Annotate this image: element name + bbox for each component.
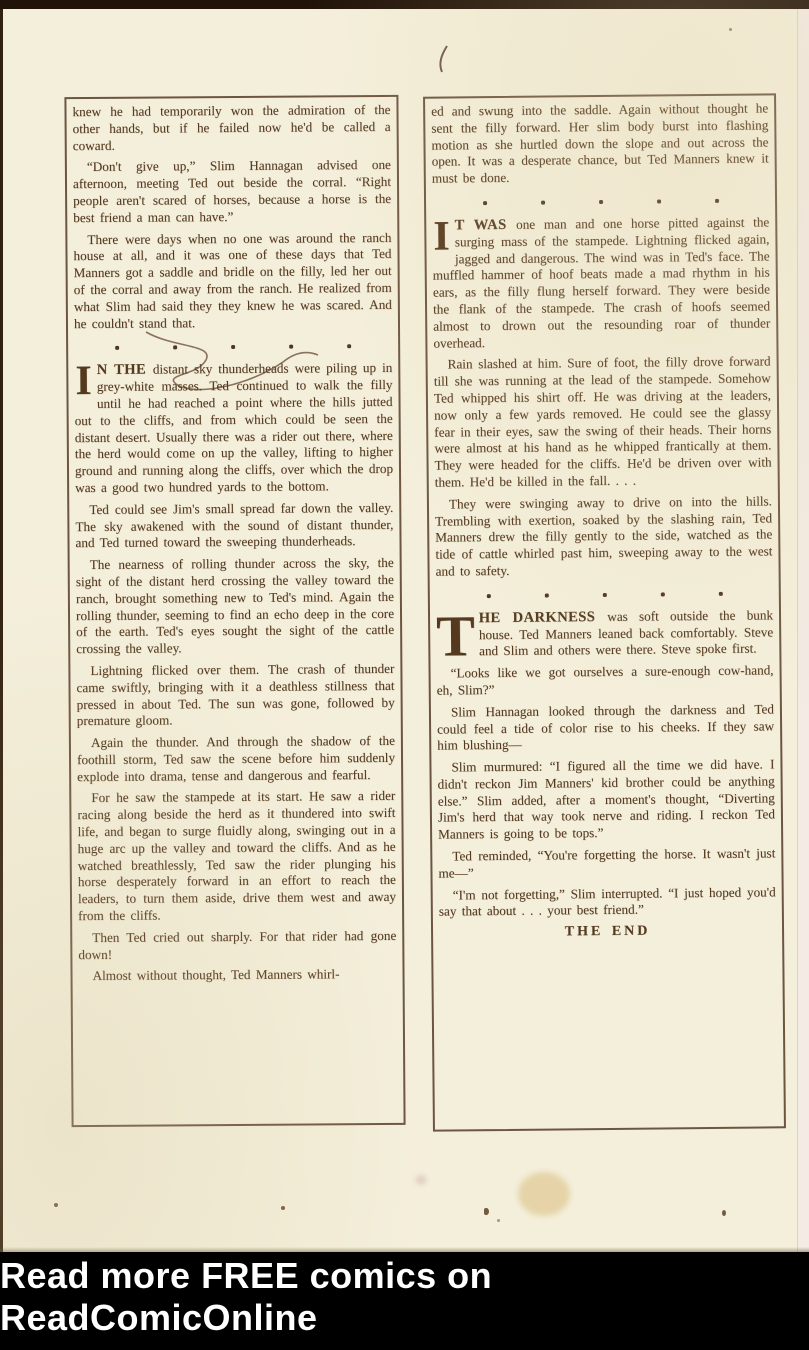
separator-dot xyxy=(715,199,719,203)
section-separator-dots xyxy=(74,344,392,350)
dropcap-paragraph: IN THE distant sky thunderheads were pil… xyxy=(74,360,393,497)
dropcap-lead-words: N THE xyxy=(97,362,153,378)
left-text-column: knew he had temporarily won the admirati… xyxy=(64,95,405,1127)
the-end-label: THE END xyxy=(439,923,776,943)
ink-speck xyxy=(281,1206,285,1210)
dropcap-lead-words: T WAS xyxy=(455,217,517,234)
paragraph: Ted reminded, “You're forgetting the hor… xyxy=(438,845,775,882)
promo-banner[interactable]: Read more FREE comics on ReadComicOnline xyxy=(0,1252,809,1350)
drop-cap-letter: I xyxy=(433,219,450,253)
paragraph: Rain slashed at him. Sure of foot, the f… xyxy=(434,354,772,492)
ink-speck xyxy=(54,1203,58,1207)
section-separator-dots xyxy=(432,198,769,205)
ink-speck xyxy=(729,28,732,31)
comic-reader-page: knew he had temporarily won the admirati… xyxy=(0,0,809,1350)
paragraph: Slim murmured: “I figured all the time w… xyxy=(437,756,775,843)
right-text-column: ed and swung into the saddle. Again with… xyxy=(423,93,786,1131)
ink-speck xyxy=(497,1219,500,1222)
dropcap-paragraph: THE DARKNESS was soft outside the bunk h… xyxy=(436,607,773,661)
separator-dot xyxy=(541,201,545,205)
separator-dot xyxy=(115,346,119,350)
separator-dot xyxy=(660,592,664,596)
drop-cap-letter: I xyxy=(75,364,92,398)
paragraph: For he saw the stampede at its start. He… xyxy=(77,788,396,925)
paragraph: There were days when no one was around t… xyxy=(73,229,392,332)
paragraph: Almost without thought, Ted Manners whir… xyxy=(78,966,396,985)
ink-speck xyxy=(722,1210,726,1216)
page-top-edge xyxy=(0,0,809,9)
separator-dot xyxy=(483,201,487,205)
page-right-edge xyxy=(797,9,809,1252)
dropcap-lead-words: HE DARKNESS xyxy=(479,609,608,626)
separator-dot xyxy=(599,200,603,204)
paper-stain xyxy=(518,1172,570,1216)
scanned-page: knew he had temporarily won the admirati… xyxy=(0,0,809,1252)
separator-dot xyxy=(173,346,177,350)
paragraph: They were swinging away to drive on into… xyxy=(435,493,773,580)
paragraph-continuation: ed and swung into the saddle. Again with… xyxy=(431,100,769,187)
separator-dot xyxy=(544,593,548,597)
paper-stain xyxy=(416,1176,426,1184)
paragraph: Slim Hannagan looked through the darknes… xyxy=(437,701,774,755)
paragraph: The nearness of rolling thunder across t… xyxy=(76,555,395,658)
separator-dot xyxy=(486,594,490,598)
separator-dot xyxy=(602,593,606,597)
paragraph: “Don't give up,” Slim Hannagan advised o… xyxy=(73,157,391,226)
separator-dot xyxy=(657,199,661,203)
stray-pen-mark xyxy=(432,44,454,76)
separator-dot xyxy=(718,592,722,596)
page-left-edge xyxy=(0,9,3,1252)
paragraph: Lightning flicked over them. The crash o… xyxy=(76,661,394,730)
paragraph: Again the thunder. And through the shado… xyxy=(77,733,395,786)
drop-cap-letter: T xyxy=(436,613,475,659)
paragraph: “Looks like we got ourselves a sure-enou… xyxy=(437,662,774,699)
separator-dot xyxy=(289,345,293,349)
paragraph: “I'm not forgetting,” Slim interrupted. … xyxy=(439,884,776,921)
separator-dot xyxy=(231,345,235,349)
ink-speck xyxy=(484,1208,489,1215)
separator-dot xyxy=(347,345,351,349)
paragraph: Ted could see Jim's small spread far dow… xyxy=(75,500,393,553)
banner-link-text[interactable]: Read more FREE comics on ReadComicOnline xyxy=(0,1255,809,1347)
paragraph-continuation: knew he had temporarily won the admirati… xyxy=(72,102,390,155)
paragraph: Then Ted cried out sharply. For that rid… xyxy=(78,928,396,964)
section-separator-dots xyxy=(436,591,773,598)
dropcap-paragraph: IT WAS one man and one horse pitted agai… xyxy=(432,214,770,352)
